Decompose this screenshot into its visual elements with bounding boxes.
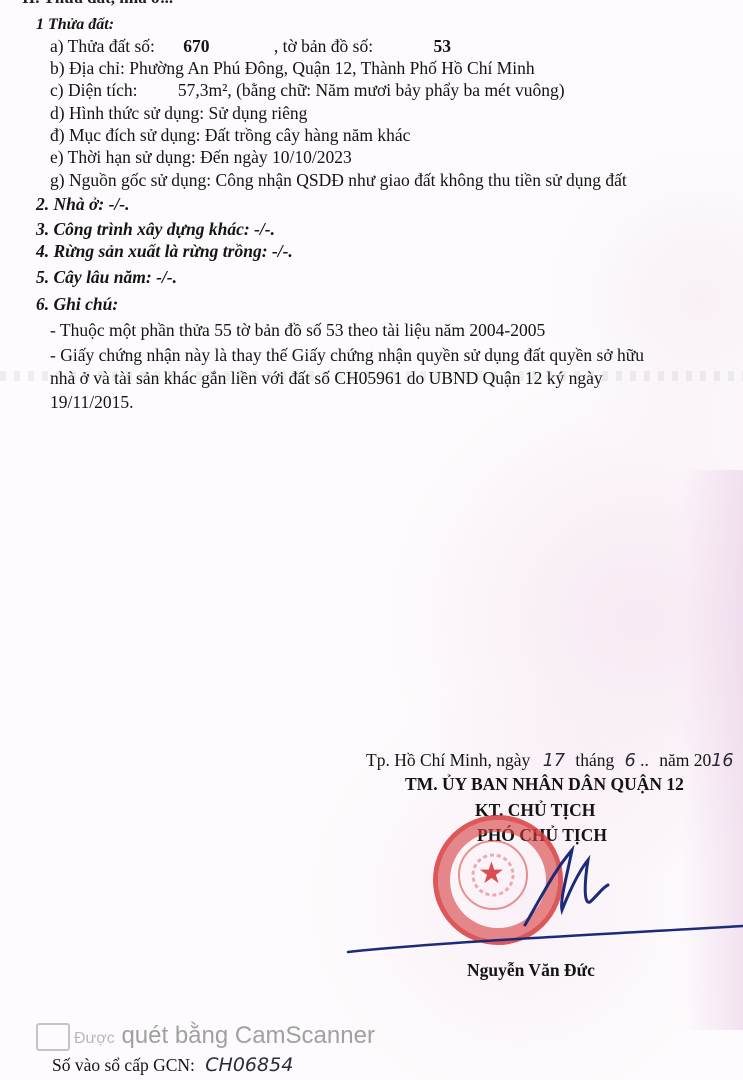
area-value: 57,3m², (bằng chữ: Năm mươi bảy phẩy ba … <box>178 80 565 100</box>
usage-purpose-row: đ) Mục đích sử dụng: Đất trồng cây hàng … <box>50 125 410 145</box>
area-label: c) Diện tích: <box>50 80 137 100</box>
parcel-number-value: 670 <box>183 36 209 56</box>
issuing-organization: TM. ỦY BAN NHÂN DÂN QUẬN 12 <box>405 774 684 794</box>
section1-heading: 1 Thửa đất: <box>36 15 114 35</box>
parcel-number-row: a) Thửa đất số: 670 , tờ bản đồ số: 53 <box>50 36 451 56</box>
note-2-line-2: nhà ở và tài sản khác gắn liền với đất s… <box>50 368 603 388</box>
handwritten-month: 6 <box>625 751 636 771</box>
watermark-prefix: Được <box>74 1030 115 1047</box>
parcel-number-label: a) Thửa đất số: <box>50 36 155 56</box>
usage-term-row: e) Thời hạn sử dụng: Đến ngày 10/10/2023 <box>50 147 352 167</box>
map-sheet-value: 53 <box>433 36 451 56</box>
gcn-registry-number: CH06854 <box>205 1054 293 1076</box>
camscanner-watermark: Được quét bằng CamScanner <box>36 1022 375 1051</box>
section4-forest: 4. Rừng sản xuất là rừng trồng: -/-. <box>36 241 293 261</box>
note-2-line-3: 19/11/2015. <box>50 392 133 412</box>
usage-origin-row: g) Nguồn gốc sử dụng: Công nhận QSDĐ như… <box>50 170 627 190</box>
handwritten-signature <box>340 830 743 960</box>
section5-perennial: 5. Cây lâu năm: -/-. <box>36 267 177 287</box>
camscanner-logo-icon <box>36 1023 70 1051</box>
handwritten-year-suffix: 16 <box>711 751 733 771</box>
cut-off-section-header: II. Thửa đất, nhà ở... <box>22 0 173 8</box>
place-date-prefix: Tp. Hồ Chí Minh, ngày <box>366 750 530 770</box>
section6-heading: 6. Ghi chú: <box>36 294 118 314</box>
area-row: c) Diện tích: 57,3m², (bằng chữ: Năm mươ… <box>50 80 565 100</box>
place-date-line: Tp. Hồ Chí Minh, ngày 17 tháng 6 .. năm … <box>366 750 734 771</box>
watermark-text: quét bằng CamScanner <box>121 1022 375 1049</box>
gcn-registry-label: Số vào sổ cấp GCN: <box>52 1055 195 1075</box>
year-label: năm 20 <box>659 750 711 770</box>
handwritten-day: 17 <box>543 751 565 771</box>
address-row: b) Địa chỉ: Phường An Phú Đông, Quận 12,… <box>50 58 535 78</box>
section2-house: 2. Nhà ở: -/-. <box>36 194 129 214</box>
signer-name: Nguyễn Văn Đức <box>467 960 595 980</box>
gcn-registry-row: Số vào sổ cấp GCN: CH06854 <box>52 1055 293 1075</box>
note-1: - Thuộc một phần thửa 55 tờ bản đồ số 53… <box>50 320 545 340</box>
month-label: tháng <box>575 750 614 770</box>
map-sheet-label: , tờ bản đồ số: <box>274 36 373 56</box>
note-2-line-1: - Giấy chứng nhận này là thay thế Giấy c… <box>50 345 644 365</box>
section3-other-works: 3. Công trình xây dựng khác: -/-. <box>36 219 275 239</box>
usage-form-row: d) Hình thức sử dụng: Sử dụng riêng <box>50 103 307 123</box>
